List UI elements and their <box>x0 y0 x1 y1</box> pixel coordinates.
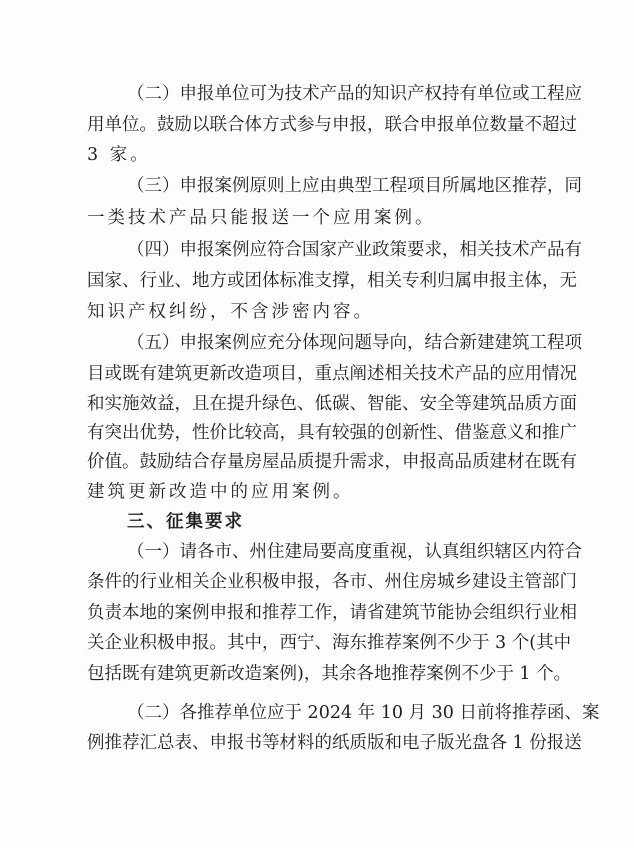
document-page: （二）申报单位可为技术产品的知识产权持有单位或工程应 用单位。鼓励以联合体方式参… <box>0 0 634 848</box>
paragraph-2-5-line-1: （五）申报案例应充分体现问题导向，结合新建建筑工程项 <box>127 332 559 354</box>
paragraph-3-1-line-2: 条件的行业相关企业积极申报，各市、州住房城乡建设主管部门 <box>87 571 559 593</box>
paragraph-2-3-line-1: （三）申报案例原则上应由典型工程项目所属地区推荐，同 <box>127 175 559 197</box>
section-heading-3: 三、征集要求 <box>127 511 244 533</box>
paragraph-2-2-line-3: 3 家。 <box>87 144 151 166</box>
paragraph-3-1-line-1: （一）请各市、州住建局要高度重视，认真组织辖区内符合 <box>127 541 559 563</box>
paragraph-2-2-line-2: 用单位。鼓励以联合体方式参与申报，联合申报单位数量不超过 <box>87 114 559 136</box>
paragraph-2-5-line-4: 有突出优势，性价比较高，具有较强的创新性、借鉴意义和推广 <box>87 422 559 444</box>
paragraph-2-4-line-1: （四）申报案例应符合国家产业政策要求，相关技术产品有 <box>127 239 559 261</box>
paragraph-2-4-line-3: 知识产权纠纷，不含涉密内容。 <box>87 301 374 323</box>
paragraph-2-5-line-6: 建筑更新改造中的应用案例。 <box>87 481 354 503</box>
paragraph-2-5-line-3: 和实施效益，且在提升绿色、低碳、智能、安全等建筑品质方面 <box>87 393 559 415</box>
paragraph-3-1-line-4: 关企业积极申报。其中，西宁、海东推荐案例不少于 3 个(其中 <box>87 632 559 654</box>
paragraph-3-2-line-1: （二）各推荐单位应于 2024 年 10 月 30 日前将推荐函、案 <box>127 702 559 724</box>
paragraph-2-5-line-5: 价值。鼓励结合存量房屋品质提升需求，申报高品质建材在既有 <box>87 451 559 473</box>
paragraph-2-4-line-2: 国家、行业、地方或团体标准支撑，相关专利归属申报主体，无 <box>87 270 559 292</box>
paragraph-3-1-line-3: 负责本地的案例申报和推荐工作，请省建筑节能协会组织行业相 <box>87 602 559 624</box>
paragraph-2-3-line-2: 一类技术产品只能报送一个应用案例。 <box>87 207 436 229</box>
paragraph-2-2-line-1: （二）申报单位可为技术产品的知识产权持有单位或工程应 <box>127 83 559 105</box>
paragraph-3-2-line-2: 例推荐汇总表、申报书等材料的纸质版和电子版光盘各 1 份报送 <box>87 732 559 754</box>
paragraph-2-5-line-2: 目或既有建筑更新改造项目，重点阐述相关技术产品的应用情况 <box>87 363 559 385</box>
paragraph-3-1-line-5: 包括既有建筑更新改造案例)，其余各地推荐案例不少于 1 个。 <box>87 663 559 685</box>
